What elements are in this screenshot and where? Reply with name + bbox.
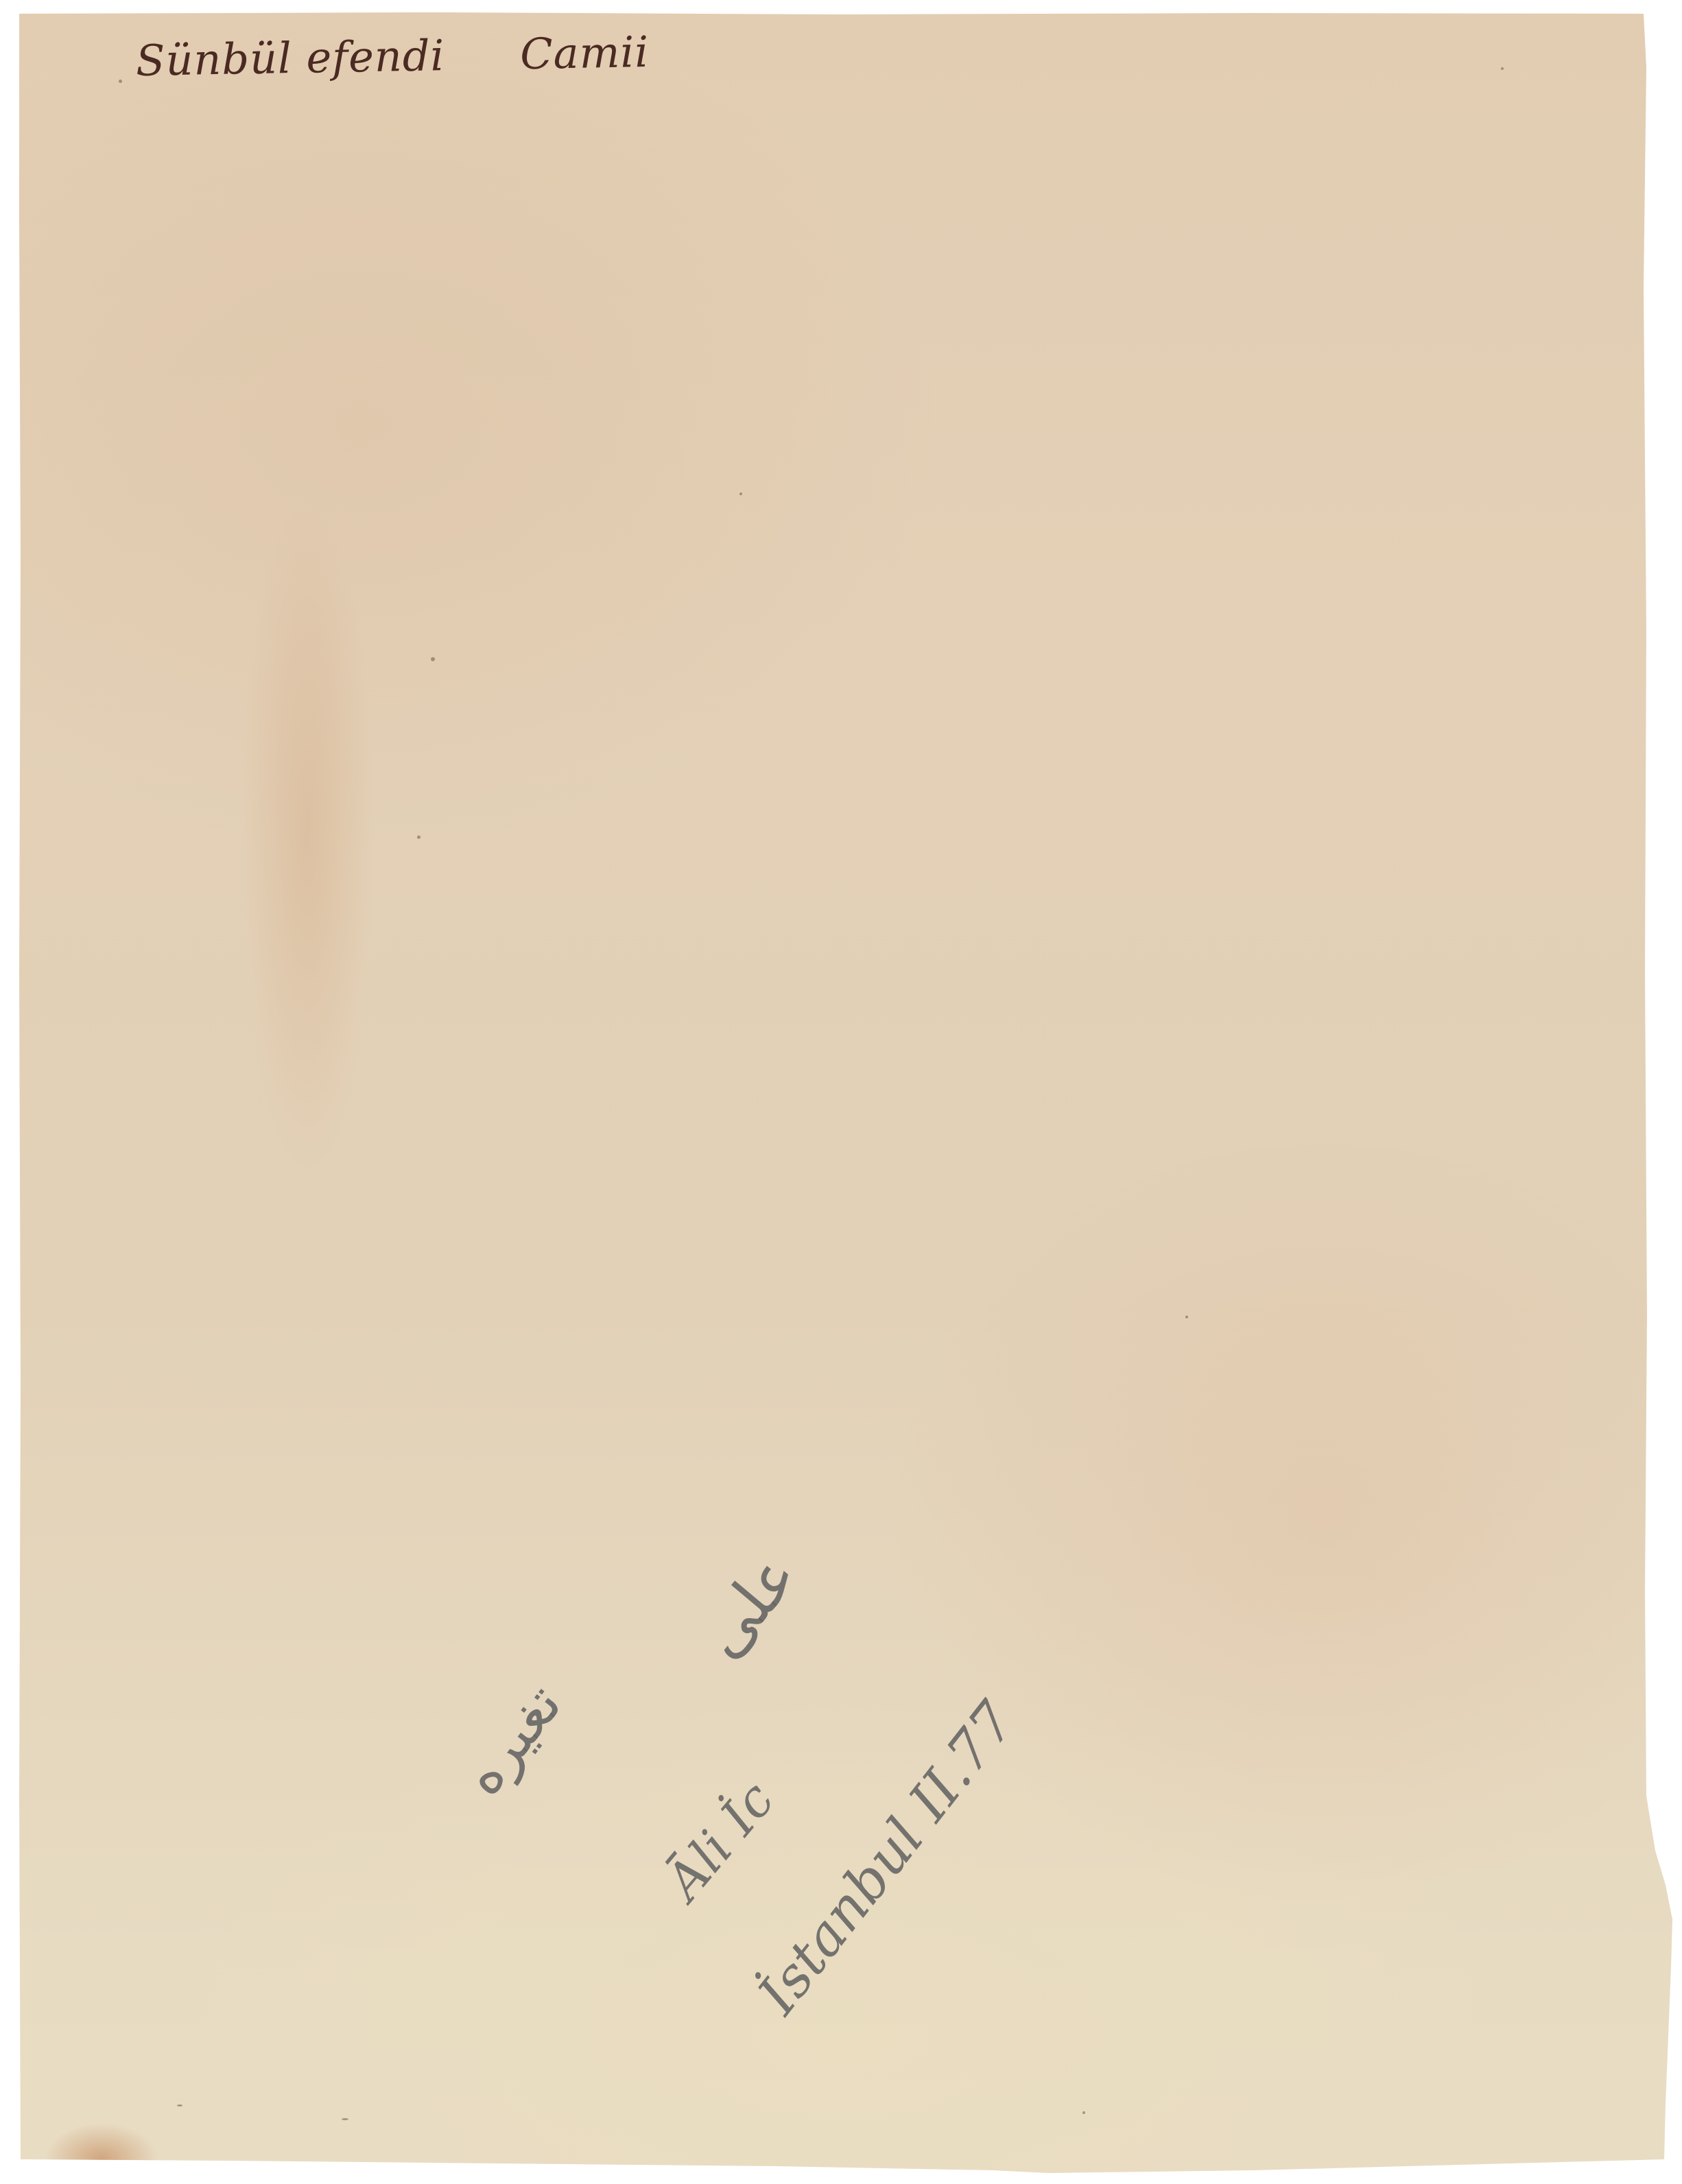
document-heading: Sünbül efendiCamii: [135, 27, 649, 86]
paper-fleck: [739, 492, 742, 495]
paper-fleck: [342, 2118, 348, 2120]
heading-text-part1: Sünbül efendi: [135, 30, 445, 86]
paper-fleck: [1501, 67, 1504, 70]
paper-fleck: [177, 2104, 182, 2106]
paper-fleck: [119, 80, 122, 83]
paper-fleck: [431, 657, 435, 661]
paper-fleck: [1185, 1316, 1188, 1318]
paper-sheet: [19, 12, 1672, 2173]
heading-text-part2: Camii: [520, 27, 650, 79]
paper-fleck: [417, 835, 420, 839]
paper-fleck: [1082, 2111, 1085, 2114]
